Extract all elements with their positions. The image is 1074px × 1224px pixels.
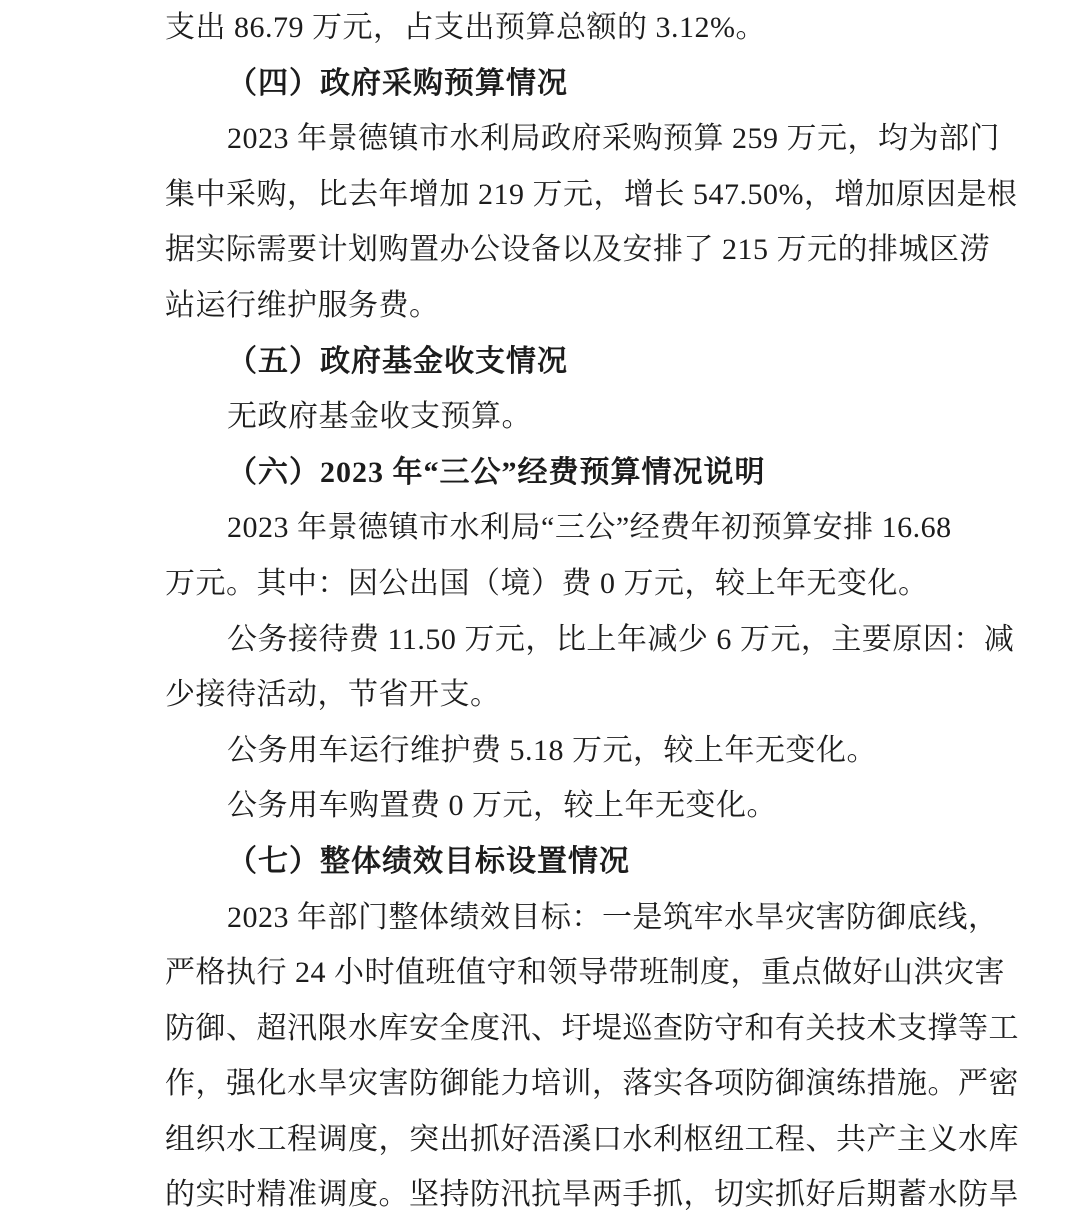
text-line: 作，强化水旱灾害防御能力培训，落实各项防御演练措施。严密 [165, 1056, 925, 1112]
text-line: 公务用车运行维护费 5.18 万元，较上年无变化。 [165, 723, 925, 779]
text-line: 2023 年景德镇市水利局“三公”经费年初预算安排 16.68 [165, 500, 925, 556]
section-heading-performance: （七）整体绩效目标设置情况 [165, 834, 925, 890]
text-line: 万元。其中：因公出国（境）费 0 万元，较上年无变化。 [165, 556, 925, 612]
text-line: 2023 年景德镇市水利局政府采购预算 259 万元，均为部门 [165, 111, 925, 167]
document-page: 支出 86.79 万元，占支出预算总额的 3.12%。 （四）政府采购预算情况 … [0, 0, 1074, 1224]
text-line: 据实际需要计划购置办公设备以及安排了 215 万元的排城区涝 [165, 222, 925, 278]
document-content: 支出 86.79 万元，占支出预算总额的 3.12%。 （四）政府采购预算情况 … [165, 0, 925, 1223]
section-heading-procurement: （四）政府采购预算情况 [165, 56, 925, 112]
text-line: 的实时精准调度。坚持防汛抗旱两手抓，切实抓好后期蓄水防旱 [165, 1167, 925, 1223]
text-line: 公务接待费 11.50 万元，比上年减少 6 万元，主要原因：减 [165, 612, 925, 668]
text-line: 组织水工程调度，突出抓好浯溪口水利枢纽工程、共产主义水库 [165, 1112, 925, 1168]
text-line: 少接待活动，节省开支。 [165, 667, 925, 723]
section-heading-three-public: （六）2023 年“三公”经费预算情况说明 [165, 445, 925, 501]
text-line: 无政府基金收支预算。 [165, 389, 925, 445]
text-line: 2023 年部门整体绩效目标：一是筑牢水旱灾害防御底线， [165, 890, 925, 946]
text-line: 站运行维护服务费。 [165, 278, 925, 334]
text-line: 防御、超汛限水库安全度汛、圩堤巡查防守和有关技术支撑等工 [165, 1001, 925, 1057]
text-line: 严格执行 24 小时值班值守和领导带班制度，重点做好山洪灾害 [165, 945, 925, 1001]
text-line: 支出 86.79 万元，占支出预算总额的 3.12%。 [165, 0, 925, 56]
text-line: 公务用车购置费 0 万元，较上年无变化。 [165, 778, 925, 834]
section-heading-govt-funds: （五）政府基金收支情况 [165, 334, 925, 390]
text-line: 集中采购，比去年增加 219 万元，增长 547.50%，增加原因是根 [165, 167, 925, 223]
